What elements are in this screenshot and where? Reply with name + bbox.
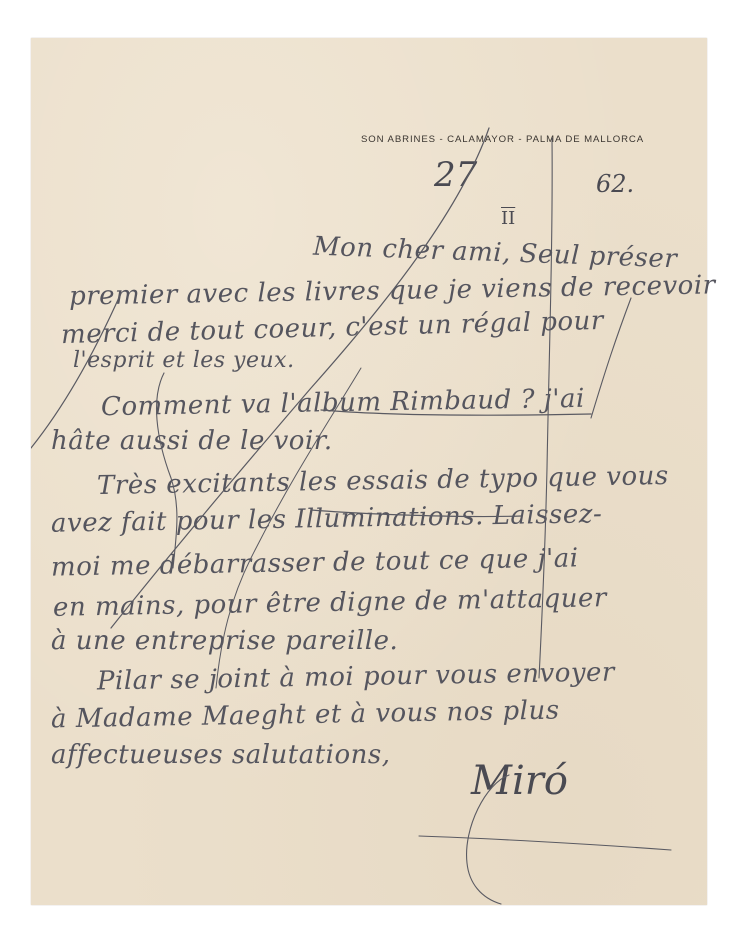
pen-strokes	[31, 38, 707, 905]
letter-sheet: SON ABRINES - CALAMAYOR - PALMA DE MALLO…	[31, 38, 707, 905]
